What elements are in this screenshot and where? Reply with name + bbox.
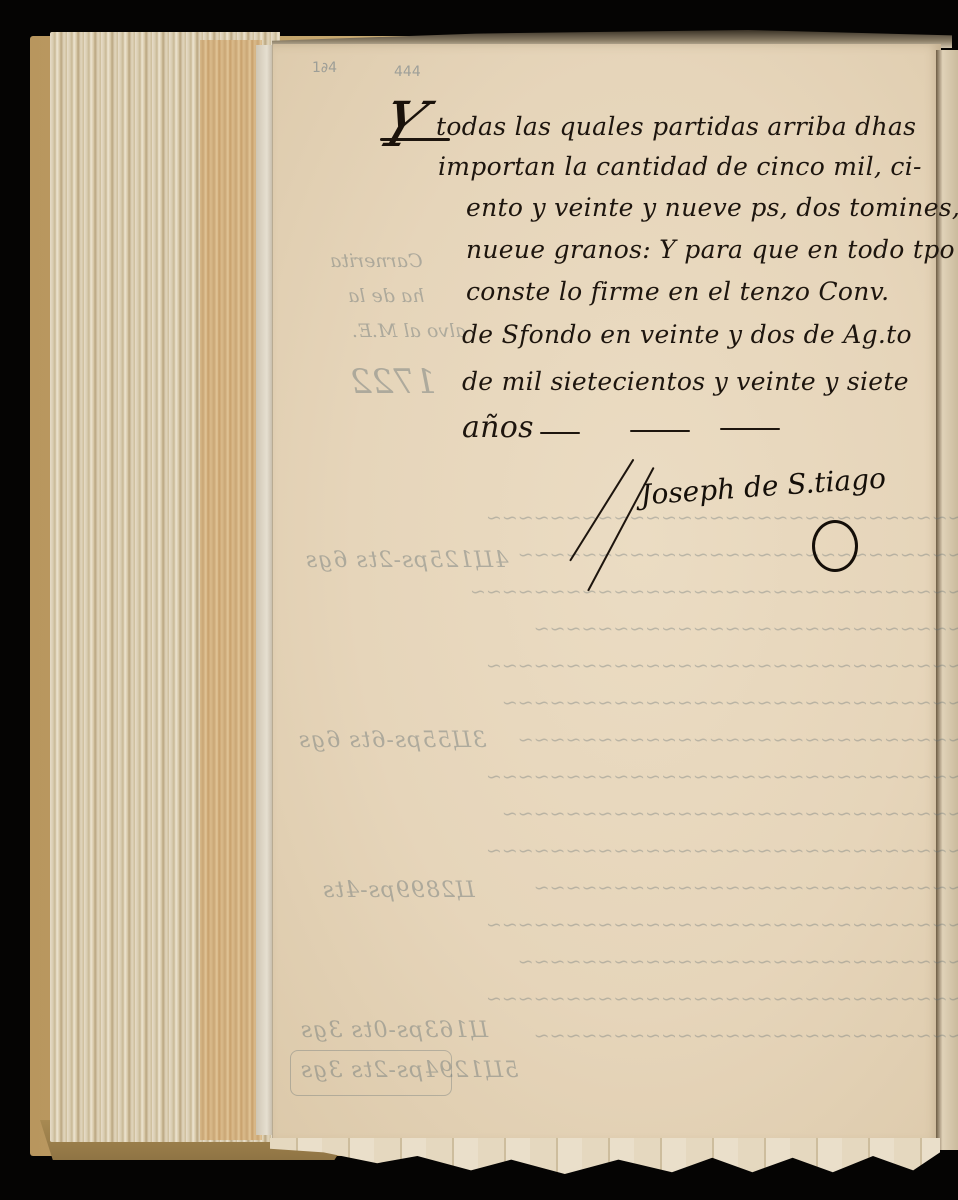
folio-mark-left: 1∂4	[312, 60, 337, 76]
bleed-amount: Ц163ps-0ts 3gs	[300, 1018, 488, 1043]
signature-rubric	[812, 520, 858, 572]
bleed-text-line: Carnerita	[330, 250, 423, 272]
manuscript-line-3: ento y veinte y nueve ps, dos tomines, y	[466, 193, 958, 222]
manuscript-line-6: de Sfondo en veinte y dos de Ag.to	[462, 320, 912, 349]
line-filler-flourish	[630, 430, 690, 432]
folio-mark: 444	[394, 64, 421, 80]
manuscript-photo: 1∂4 444 Carnerita ha de la alvo al M.E. …	[0, 0, 958, 1200]
bleed-text-line: ha de la	[348, 285, 424, 307]
manuscript-line-4: nueue granos: Y para que en todo tpo	[466, 235, 955, 264]
torn-bottom-edges	[270, 1138, 940, 1174]
manuscript-line-2: importan la cantidad de cinco mil, ci-	[438, 152, 922, 181]
bleed-year: 1722	[350, 362, 437, 402]
line-filler-flourish	[720, 428, 780, 430]
bleed-body-block: ~~~~~~~~~~~~~~~~~~~~~~~~~~~~~~~~~~~~~~~~…	[470, 500, 958, 1055]
manuscript-line-8: años	[462, 410, 534, 445]
manuscript-line-7: de mil sietecientos y veinte y siete	[462, 367, 909, 396]
manuscript-line-5: conste lo firme en el tenzo Conv.	[466, 277, 889, 306]
bleed-text-line: alvo al M.E.	[352, 320, 466, 342]
line-filler-flourish	[540, 432, 580, 434]
stacked-page-edges-tan	[200, 40, 262, 1140]
manuscript-line-1: todas las quales partidas arriba dhas	[436, 112, 916, 141]
bleed-total: 5Ц1294ps-2ts 3gs	[300, 1058, 518, 1083]
bleed-amount: 3Ц55ps-6ts 6gs	[298, 728, 486, 753]
bleed-amount: Ц2899ps-4ts	[322, 878, 475, 903]
